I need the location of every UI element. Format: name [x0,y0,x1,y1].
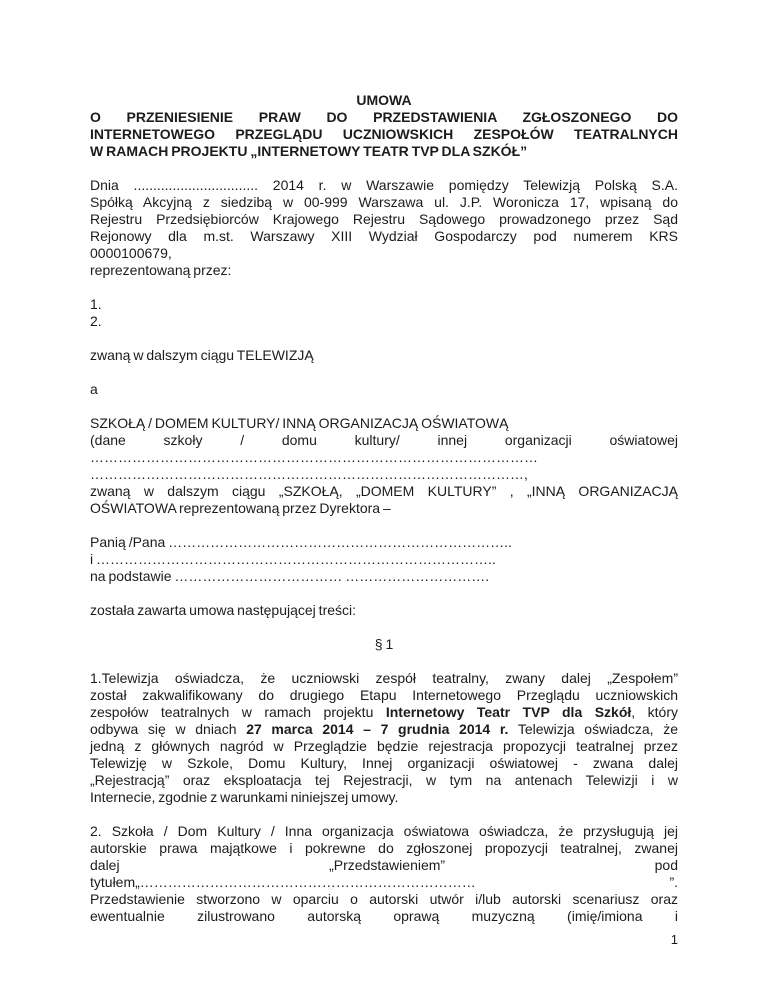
paragraph-line: (dane szkoły / domu kultury/ innej organ… [90,432,678,449]
text-segment: Dnia ................................ 20… [90,177,678,193]
paragraph-line: „Rejestracją” oraz eksploatacja tej Reje… [90,772,678,789]
paragraph-line: jedną z głównych nagród w Przeglądzie bę… [90,738,678,755]
text-segment: 0000100679, [90,245,172,261]
text-segment: autorskie prawa majątkowe i pokrewne do … [90,840,678,856]
document-body: UMOWAO PRZENIESIENIE PRAW DO PRZEDSTAWIE… [90,92,678,925]
text-segment: ewentualnie zilustrowano autorską oprawą… [90,908,678,924]
text-segment: został zakwalifikowany do drugiego Etapu… [90,687,678,703]
paragraph-line: reprezentowaną przez: [90,262,678,279]
text-segment: W RAMACH PROJEKTU „INTERNETOWY TEATR TVP… [90,143,527,159]
text-segment: zwaną w dalszym ciągu TELEWIZJĄ [90,347,314,363]
spacer [90,330,678,347]
text-segment: Spółką Akcyjną z siedzibą w 00-999 Warsz… [90,194,678,210]
paragraph-line: ewentualnie zilustrowano autorską oprawą… [90,908,678,925]
paragraph-line: zwaną w dalszym ciągu „SZKOŁĄ, „DOMEM KU… [90,483,678,500]
paragraph-line: a [90,381,678,398]
text-segment: 2. Szkoła / Dom Kultury / Inna organizac… [90,823,678,839]
text-segment: § 1 [375,636,393,652]
doc-title: UMOWA [90,92,678,109]
text-segment: (dane szkoły / domu kultury/ innej organ… [90,432,678,448]
text-segment: OŚWIATOWA reprezentowaną przez Dyrektora… [90,500,391,516]
text-segment: dalej „Przedstawieniem” pod [90,857,678,873]
paragraph-line: autorskie prawa majątkowe i pokrewne do … [90,840,678,857]
paragraph-line: dalej „Przedstawieniem” pod [90,857,678,874]
text-segment: INTERNETOWEGO PRZEGLĄDU UCZNIOWSKICH ZES… [90,126,678,142]
text-segment: i ………………………………………………………………………….. [90,551,496,567]
text-segment: zespołów teatralnych w ramach projektu [90,704,386,720]
section-symbol: § 1 [90,636,678,653]
text-segment: tytułem„……………………………………………………………… ”. [90,874,678,890]
bold-text-segment: Internetowy Teatr TVP dla Szkół [386,704,631,720]
text-segment: została zawarta umowa następującej treśc… [90,602,356,618]
text-segment: Panią /Pana ……………………………………………………………….. [90,534,512,550]
paragraph-line: odbywa się w dniach 27 marca 2014 – 7 gr… [90,721,678,738]
document-page: UMOWAO PRZENIESIENIE PRAW DO PRZEDSTAWIE… [0,0,768,994]
doc-heading-line: W RAMACH PROJEKTU „INTERNETOWY TEATR TVP… [90,143,678,160]
paragraph-line: został zakwalifikowany do drugiego Etapu… [90,687,678,704]
text-segment: UMOWA [356,92,411,108]
dotted-fill-line: na podstawie ……………………………… …………………………. [90,568,678,585]
text-segment: Rejestru Przedsiębiorców Krajowego Rejes… [90,211,678,227]
dotted-fill-line: …………………………………………………………………………………… [90,449,678,466]
dotted-fill-line: tytułem„……………………………………………………………… ”. [90,874,678,891]
spacer [90,364,678,381]
text-segment: Internecie, zgodnie z warunkami niniejsz… [90,789,398,805]
page-number: 1 [671,931,678,948]
list-item-line: 2. [90,313,678,330]
text-segment: 1.Telewizja oświadcza, że uczniowski zes… [90,670,678,686]
spacer [90,398,678,415]
paragraph-line: Spółką Akcyjną z siedzibą w 00-999 Warsz… [90,194,678,211]
paragraph-line: 2. Szkoła / Dom Kultury / Inna organizac… [90,823,678,840]
paragraph-line: Przedstawienie stworzono w oparciu o aut… [90,891,678,908]
paragraph-line: 1.Telewizja oświadcza, że uczniowski zes… [90,670,678,687]
paragraph-line: Dnia ................................ 20… [90,177,678,194]
spacer [90,279,678,296]
paragraph-line: 0000100679, [90,245,678,262]
text-segment: zwaną w dalszym ciągu „SZKOŁĄ, „DOMEM KU… [90,483,678,499]
paragraph-line: Telewizję w Szkole, Domu Kultury, Innej … [90,755,678,772]
paragraph-line: OŚWIATOWA reprezentowaną przez Dyrektora… [90,500,678,517]
text-segment: SZKOŁĄ / DOMEM KULTURY/ INNĄ ORGANIZACJĄ… [90,415,508,431]
spacer [90,653,678,670]
text-segment: Rejonowy dla m.st. Warszawy XIII Wydział… [90,228,678,244]
text-segment: „Rejestracją” oraz eksploatacja tej Reje… [90,772,678,788]
text-segment: Telewizja oświadcza, że [508,721,678,737]
doc-heading-line: INTERNETOWEGO PRZEGLĄDU UCZNIOWSKICH ZES… [90,126,678,143]
text-segment: 2. [90,313,102,329]
dotted-fill-line: i ………………………………………………………………………….. [90,551,678,568]
spacer [90,585,678,602]
spacer [90,517,678,534]
text-segment: a [90,381,98,397]
paragraph-line: zwaną w dalszym ciągu TELEWIZJĄ [90,347,678,364]
bold-text-segment: 27 marca 2014 – 7 grudnia 2014 r. [246,721,508,737]
text-segment: 1. [90,296,102,312]
text-segment: na podstawie ……………………………… …………………………. [90,568,489,584]
text-segment: odbywa się w dniach [90,721,246,737]
paragraph-line: Rejestru Przedsiębiorców Krajowego Rejes… [90,211,678,228]
paragraph-line: Internecie, zgodnie z warunkami niniejsz… [90,789,678,806]
paragraph-line: Rejonowy dla m.st. Warszawy XIII Wydział… [90,228,678,245]
text-segment: …………………………………………………………………………………, [90,466,528,482]
text-segment: O PRZENIESIENIE PRAW DO PRZEDSTAWIENIA Z… [90,109,678,125]
spacer [90,619,678,636]
spacer [90,160,678,177]
text-segment: reprezentowaną przez: [90,262,231,278]
doc-heading-line: O PRZENIESIENIE PRAW DO PRZEDSTAWIENIA Z… [90,109,678,126]
text-segment: Telewizję w Szkole, Domu Kultury, Innej … [90,755,678,771]
paragraph-line: została zawarta umowa następującej treśc… [90,602,678,619]
list-item-line: 1. [90,296,678,313]
paragraph-line: zespołów teatralnych w ramach projektu I… [90,704,678,721]
text-segment: jedną z głównych nagród w Przeglądzie bę… [90,738,678,754]
dotted-fill-line: Panią /Pana ……………………………………………………………….. [90,534,678,551]
dotted-fill-line: …………………………………………………………………………………, [90,466,678,483]
text-segment: , który [631,704,678,720]
text-segment: Przedstawienie stworzono w oparciu o aut… [90,891,678,907]
text-segment: …………………………………………………………………………………… [90,449,538,465]
paragraph-line: SZKOŁĄ / DOMEM KULTURY/ INNĄ ORGANIZACJĄ… [90,415,678,432]
spacer [90,806,678,823]
